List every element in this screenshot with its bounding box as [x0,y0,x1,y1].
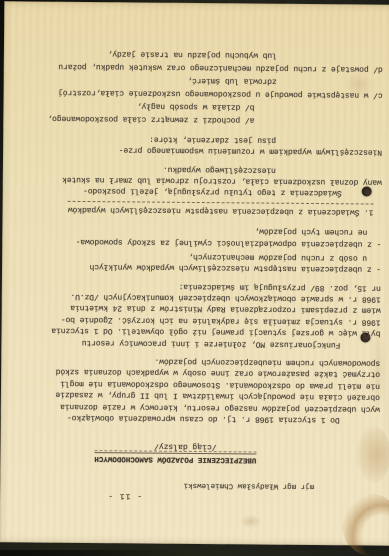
paragraph-4: Nieszczęśliwym wypadkiem w rozumieniu ws… [17,132,382,158]
list-item-d-cont: lub wybuchu pojazdu na trasie jazdy, [18,47,277,62]
definition-list: a/ pochodzi z zewnątrz ciała poszkodowan… [17,47,383,128]
bullet-item-2: - z ubezpieczenia odpowiedzialności cywi… [16,223,381,249]
list-item-a: a/ pochodzi z zewnątrz ciała poszkodowan… [17,112,254,127]
text-line: nieszczęśliwego wypadku. [17,162,276,176]
bullet-item-1: - z ubezpieczenia następstw nieszczęśliw… [16,249,381,275]
section-heading: 1. Świadczenia z ubezpieczenia następstw… [68,201,374,217]
document-page: - 11 - mjr mgr Władysław Chmielewski UBE… [0,1,389,545]
text-line: pisu jest zdarzenie, które: [17,132,276,146]
paper-stain [240,514,262,528]
scanned-document-photo: { "colors": { "mat_background": "#20211a… [0,0,389,550]
page-number: - 11 - [107,491,142,500]
coffee-stain [356,425,389,483]
paragraph-2: Funkcjonariusze MO, żołnierze i inni pra… [15,279,381,351]
author-byline: mjr mgr Władysław Chmielewski [184,481,315,490]
section-heading-wrap: 1. Świadczenia z ubezpieczenia następstw… [16,196,381,224]
list-item-c-cont: zdrowia lub śmierć, [18,73,277,88]
document-subtitle: /ciąg dalszy/ [154,442,216,452]
paragraph-3: Świadczenia z tego tytułu przysługują, j… [17,162,382,199]
coffee-stain [342,493,389,550]
document-body: Do 1 stycznia 1968 r. tj. do czasu wprow… [15,47,383,426]
text-line: Nieszczęśliwym wypadkiem w rozumieniu ws… [17,143,382,158]
paragraph-1: Do 1 stycznia 1968 r. tj. do czasu wprow… [15,354,381,426]
document-title: UBEZPIECZENIE POJAZDÓW SAMOCHODOWYCH [94,452,256,463]
